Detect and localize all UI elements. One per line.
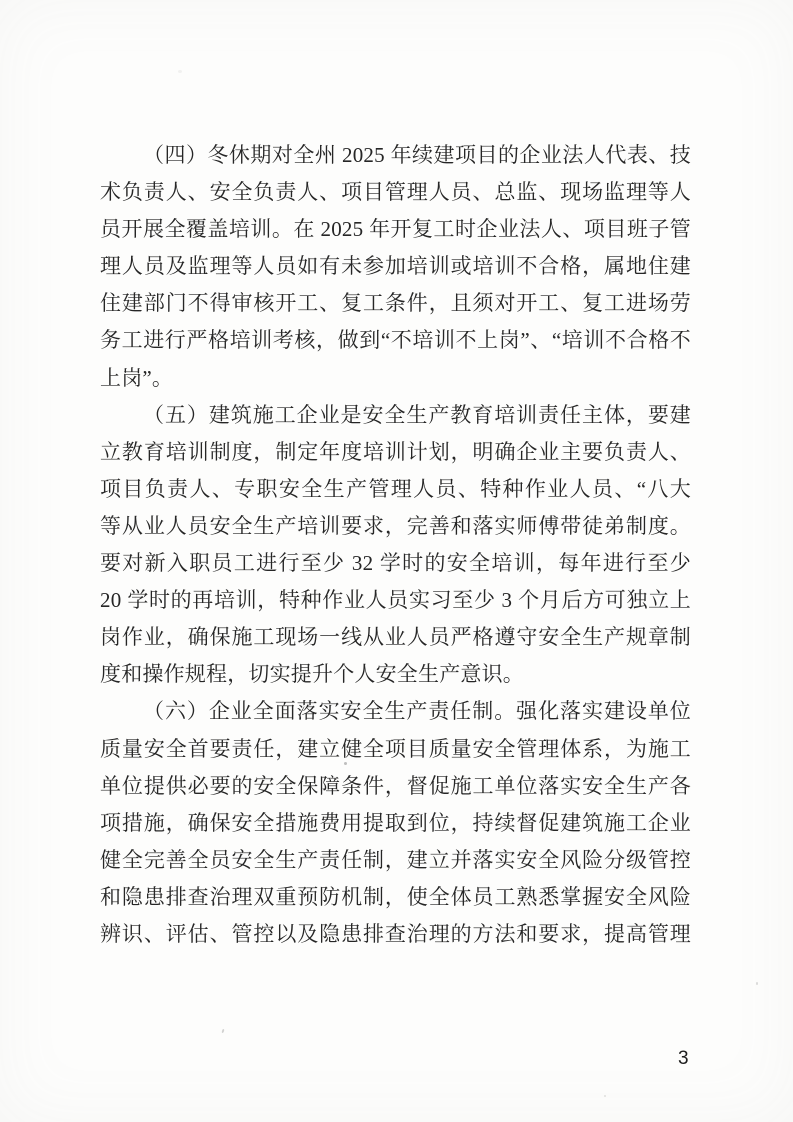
scan-speck: [221, 1029, 224, 1033]
text-line: 术负责人、安全负责人、项目管理人员、总监、现场监理等人: [100, 174, 691, 211]
scan-speck: [178, 70, 182, 73]
scan-speck: [604, 1095, 606, 1097]
text-line: 要对新入职员工进行至少 32 学时的安全培训，每年进行至少: [100, 545, 691, 582]
page-number: 3: [678, 1048, 689, 1070]
text-line: 和隐患排查治理双重预防机制，使全体员工熟悉掌握安全风险: [100, 879, 691, 916]
text-line: 项措施，确保安全措施费用提取到位，持续督促建筑施工企业: [100, 805, 691, 842]
text-line: 单位提供必要的安全保障条件，督促施工单位落实安全生产各: [100, 768, 691, 805]
text-line: 上岗”。: [100, 360, 691, 397]
text-line: 项目负责人、专职安全生产管理人员、特种作业人员、“八大员”: [100, 471, 691, 508]
paragraph-5: （五）建筑施工企业是安全生产教育培训责任主体，要建 立教育培训制度，制定年度培训…: [100, 397, 691, 694]
text-line: 立教育培训制度，制定年度培训计划，明确企业主要负责人、: [100, 434, 691, 471]
scan-speck: [756, 982, 758, 985]
scanned-document-page: （四）冬休期对全州 2025 年续建项目的企业法人代表、技 术负责人、安全负责人…: [0, 0, 793, 1122]
text-line: 理人员及监理等人员如有未参加培训或培训不合格，属地住建: [100, 248, 691, 285]
text-line: 等从业人员安全生产培训要求，完善和落实师傅带徒弟制度。: [100, 508, 691, 545]
text-line: （六）企业全面落实安全生产责任制。强化落实建设单位: [100, 693, 691, 730]
text-line: 质量安全首要责任，建立健全项目质量安全管理体系，为施工: [100, 731, 691, 768]
text-line: 岗作业，确保施工现场一线从业人员严格遵守安全生产规章制: [100, 619, 691, 656]
text-line: 务工进行严格培训考核，做到“不培训不上岗”、“培训不合格不: [100, 322, 691, 359]
text-line: 度和操作规程，切实提升个人安全生产意识。: [100, 656, 691, 693]
text-line: 辨识、评估、管控以及隐患排查治理的方法和要求，提高管理: [100, 916, 691, 953]
document-body: （四）冬休期对全州 2025 年续建项目的企业法人代表、技 术负责人、安全负责人…: [100, 137, 691, 953]
text-line: 住建部门不得审核开工、复工条件，且须对开工、复工进场劳: [100, 285, 691, 322]
text-line: 员开展全覆盖培训。在 2025 年开复工时企业法人、项目班子管: [100, 211, 691, 248]
text-line: 20 学时的再培训，特种作业人员实习至少 3 个月后方可独立上: [100, 582, 691, 619]
text-line: （四）冬休期对全州 2025 年续建项目的企业法人代表、技: [100, 137, 691, 174]
text-line: （五）建筑施工企业是安全生产教育培训责任主体，要建: [100, 397, 691, 434]
text-line: 健全完善全员安全生产责任制，建立并落实安全风险分级管控: [100, 842, 691, 879]
paragraph-4: （四）冬休期对全州 2025 年续建项目的企业法人代表、技 术负责人、安全负责人…: [100, 137, 691, 397]
paragraph-6: （六）企业全面落实安全生产责任制。强化落实建设单位 质量安全首要责任，建立健全项…: [100, 693, 691, 953]
scan-speck: [344, 762, 347, 765]
